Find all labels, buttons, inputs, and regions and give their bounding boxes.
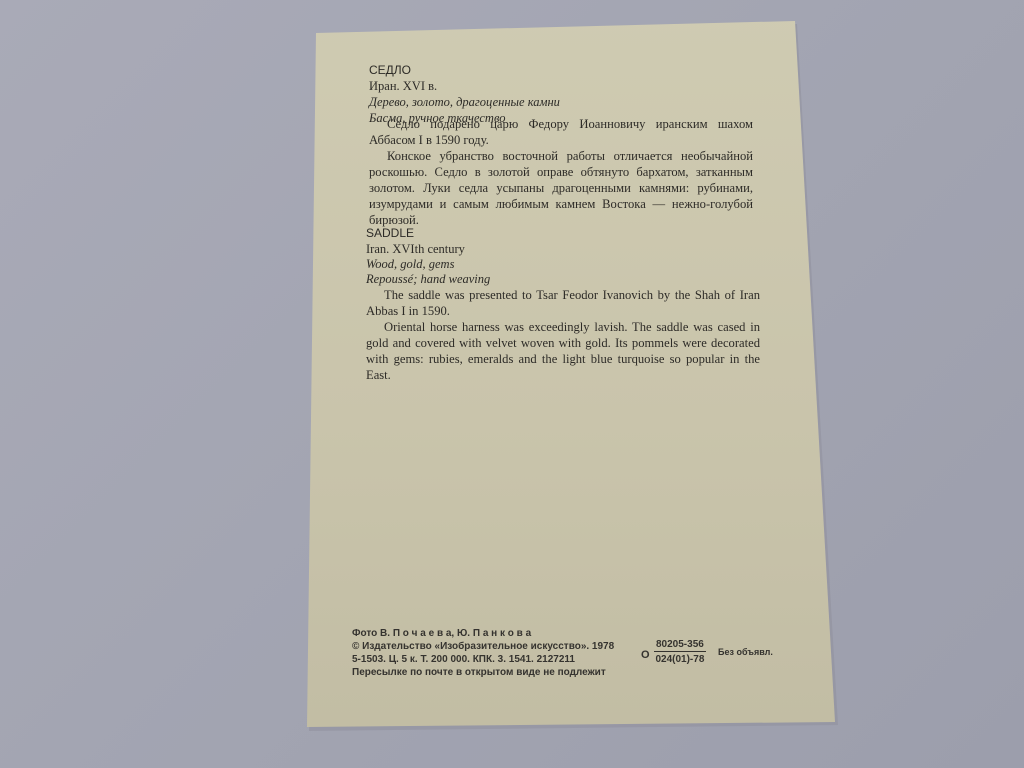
ru-title: СЕДЛО [369, 64, 411, 76]
publisher-line: © Издательство «Изобразительное искусств… [352, 642, 614, 652]
print-codes: 5-1503. Ц. 5 к. Т. 200 000. КПК. 3. 1541… [352, 655, 575, 665]
en-description: The saddle was presented to Tsar Feodor … [366, 287, 760, 383]
photo-credit: Фото В. П о ч а е в а, Ю. П а н к о в а [352, 629, 531, 639]
en-paragraph-1: The saddle was presented to Tsar Feodor … [366, 287, 760, 319]
index-prefix: О [641, 650, 650, 661]
en-origin: Iran. XVIth century [366, 243, 465, 256]
en-paragraph-2: Oriental horse harness was exceedingly l… [366, 319, 760, 383]
ru-description: Седло подарено царю Федору Иоанновичу ир… [369, 116, 753, 228]
index-numerator: 80205-356 [654, 639, 706, 652]
index-fraction: 80205-356 024(01)-78 [654, 639, 706, 665]
en-technique: Repoussé; hand weaving [366, 273, 490, 286]
ru-materials: Дерево, золото, драгоценные камни [369, 96, 560, 109]
ru-paragraph-1: Седло подарено царю Федору Иоанновичу ир… [369, 116, 753, 148]
mail-note: Пересылке по почте в открытом виде не по… [352, 668, 606, 678]
en-materials: Wood, gold, gems [366, 258, 454, 271]
ru-origin: Иран. XVI в. [369, 80, 437, 93]
index-denominator: 024(01)-78 [654, 652, 706, 665]
ru-paragraph-2: Конское убранство восточной работы отлич… [369, 148, 753, 228]
index-suffix: Без объявл. [718, 648, 773, 657]
en-title: SADDLE [366, 227, 414, 239]
